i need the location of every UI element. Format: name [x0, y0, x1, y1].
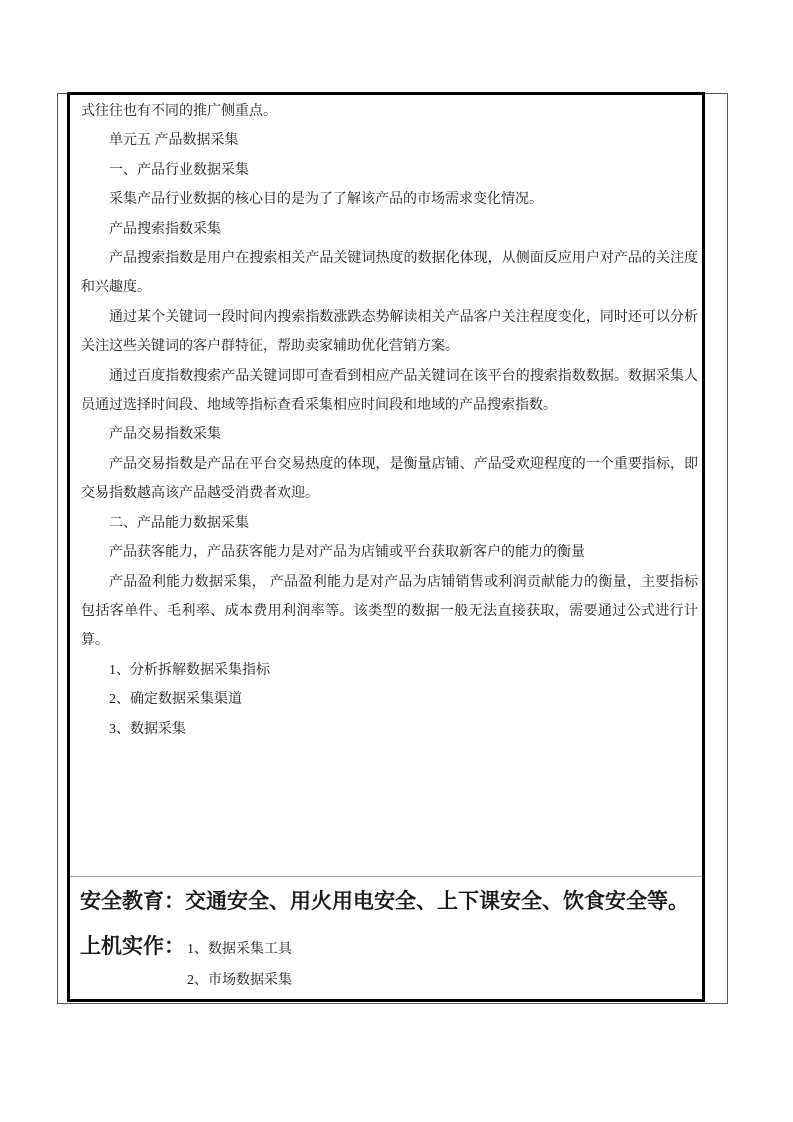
content-paragraph-unit-title: 单元五 产品数据采集: [81, 126, 698, 155]
safety-education-line: 安全教育：交通安全、用火用电安全、上下课安全、饮食安全等。: [80, 889, 696, 915]
practice-item: 2、市场数据采集: [187, 965, 292, 996]
content-paragraph: 采集产品行业数据的核心目的是为了了解该产品的市场需求变化情况。: [81, 185, 698, 214]
content-list-item: 3、数据采集: [81, 715, 698, 744]
content-paragraph: 产品交易指数是产品在平台交易热度的体现，是衡量店铺、产品受欢迎程度的一个重要指标…: [81, 450, 698, 509]
practice-item: 3、运营数据采集: [187, 996, 292, 1002]
content-paragraph: 产品交易指数采集: [81, 420, 698, 449]
practice-item: 1、数据采集工具: [187, 934, 292, 965]
content-paragraph: 通过某个关键词一段时间内搜索指数涨跌态势解读相关产品客户关注程度变化，同时还可以…: [81, 303, 698, 362]
document-page: 式往往也有不同的推广侧重点。 单元五 产品数据采集 一、产品行业数据采集 采集产…: [0, 0, 793, 1122]
content-list-item: 1、分析拆解数据采集指标: [81, 656, 698, 685]
content-paragraph-section-1: 一、产品行业数据采集: [81, 156, 698, 185]
table-row-divider: [70, 876, 702, 877]
lesson-content-text: 式往往也有不同的推广侧重点。 单元五 产品数据采集 一、产品行业数据采集 采集产…: [70, 95, 702, 744]
lesson-content-cell: 式往往也有不同的推广侧重点。 单元五 产品数据采集 一、产品行业数据采集 采集产…: [67, 92, 705, 1002]
content-paragraph: 产品盈利能力数据采集， 产品盈利能力是对产品为店铺销售或利润贡献能力的衡量，主要…: [81, 568, 698, 656]
practice-items: 1、数据采集工具 2、市场数据采集 3、运营数据采集: [187, 934, 292, 1002]
content-paragraph: 产品搜索指数是用户在搜索相关产品关键词热度的数据化体现，从侧面反应用户对产品的关…: [81, 244, 698, 303]
content-list-item: 2、确定数据采集渠道: [81, 685, 698, 714]
practice-row: 上机实作： 1、数据采集工具 2、市场数据采集 3、运营数据采集: [80, 934, 696, 1002]
content-paragraph: 产品搜索指数采集: [81, 215, 698, 244]
content-paragraph: 产品获客能力，产品获客能力是对产品为店铺或平台获取新客户的能力的衡量: [81, 538, 698, 567]
content-paragraph: 式往往也有不同的推广侧重点。: [81, 97, 698, 126]
bottom-section: 安全教育：交通安全、用火用电安全、上下课安全、饮食安全等。 上机实作： 1、数据…: [70, 889, 702, 1002]
content-paragraph-section-2: 二、产品能力数据采集: [81, 509, 698, 538]
practice-label: 上机实作：: [80, 934, 187, 960]
content-paragraph: 通过百度指数搜索产品关键词即可查看到相应产品关键词在该平台的搜索指数数据。数据采…: [81, 362, 698, 421]
